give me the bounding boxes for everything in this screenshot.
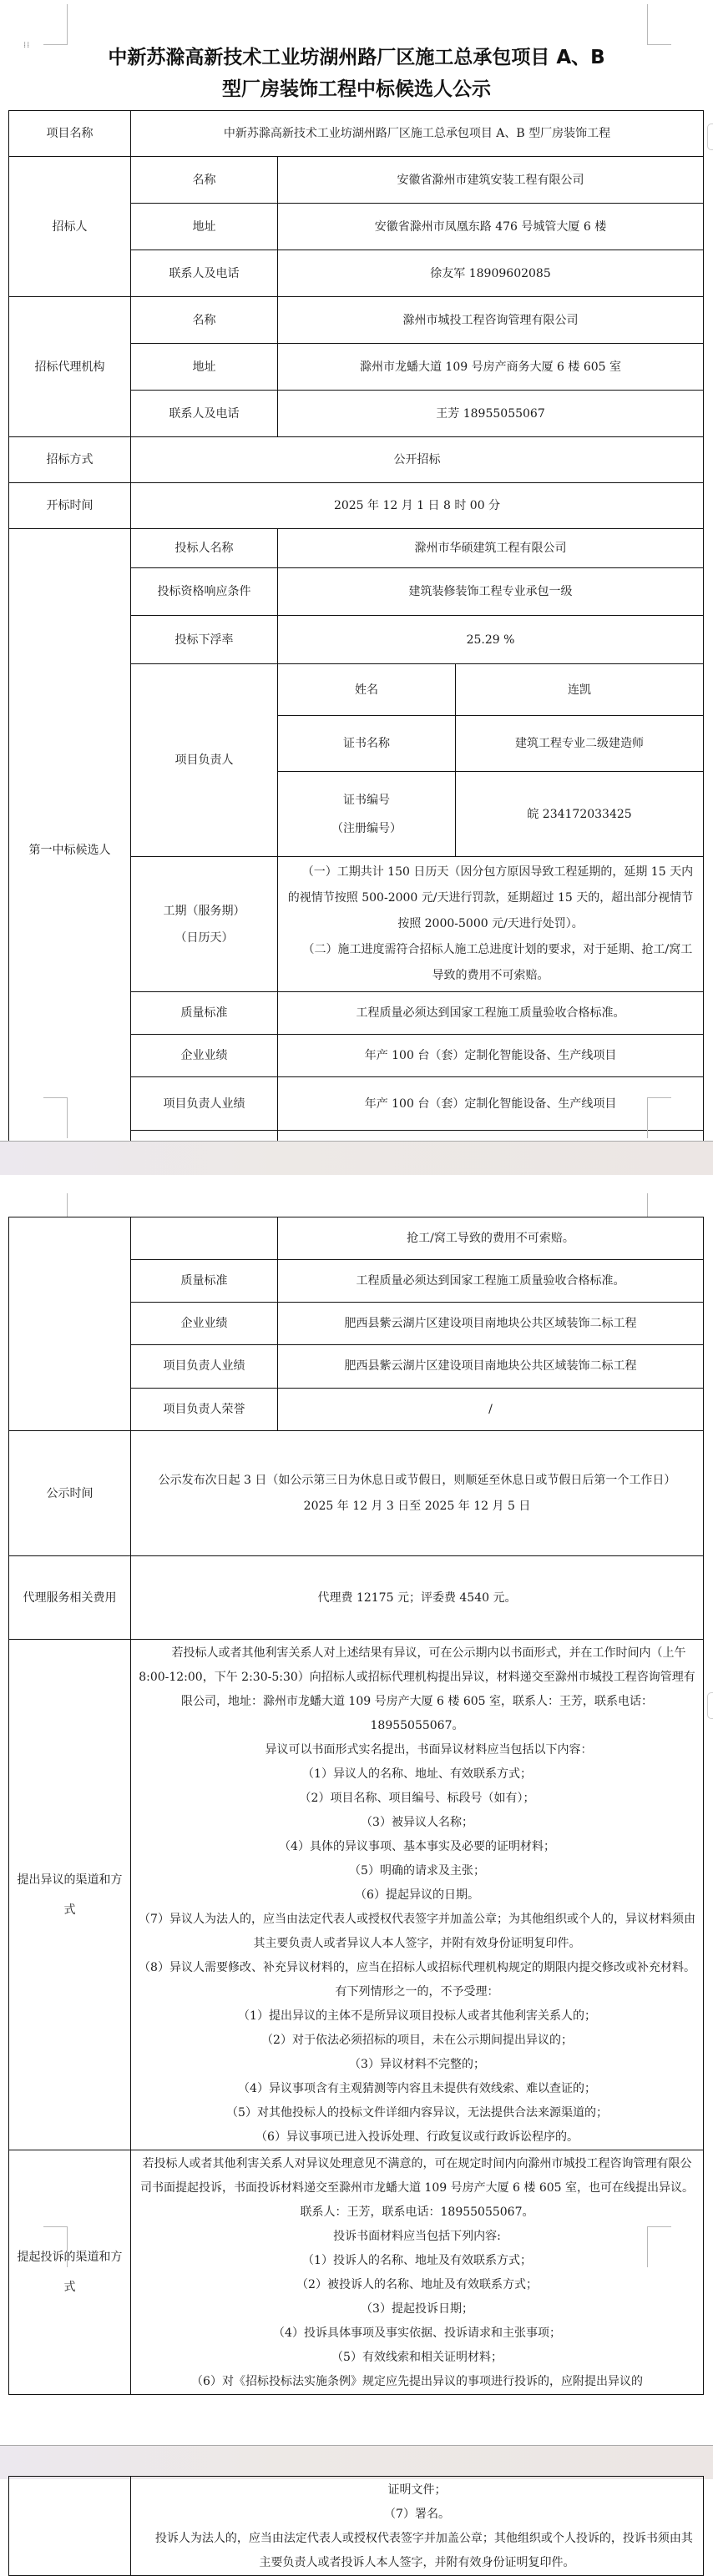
opening-time-value: 2025 年 12 月 1 日 8 时 00 分	[131, 483, 704, 529]
publicity-value: 公示发布次日起 3 日（如公示第三日为休息日或节假日，则顺延至休息日或节假日后第…	[131, 1431, 704, 1556]
side-tab[interactable]	[707, 124, 713, 150]
agency-address-value: 滁州市龙蟠大道 109 号房产商务大厦 6 楼 605 室	[278, 344, 704, 391]
candidate-2-label-continued	[9, 1217, 131, 1431]
page-2: 抢工/窝工导致的费用不可索赔。 质量标准 工程质量必须达到国家工程施工质量验收合…	[0, 1175, 713, 2368]
objection-label: 提出异议的渠道和方式	[9, 1640, 131, 2150]
agency-address-label: 地址	[131, 344, 278, 391]
c2-pm-honor-value: /	[278, 1389, 703, 1430]
complaint-content: 若投标人或者其他利害关系人对异议处理意见不满意的，可在规定时间内向滁州市城投工程…	[131, 2150, 704, 2395]
agency-contact-label: 联系人及电话	[131, 391, 278, 437]
c2-quality-value: 工程质量必须达到国家工程施工质量验收合格标准。	[278, 1260, 704, 1303]
project-name-value: 中新苏滁高新技术工业坊湖州路厂区施工总承包项目 A、B 型厂房装饰工程	[131, 111, 704, 157]
page-break	[0, 1141, 713, 1176]
complaint-content-continued: 证明文件； （7）署名。 投诉人为法人的，应当由法定代表人或授权代表签字并加盖公…	[131, 2477, 704, 2576]
c1-cert-no-label: 证书编号 （注册编号）	[278, 772, 456, 857]
page-break	[0, 2445, 713, 2480]
candidate-1-label: 第一中标候选人	[9, 529, 131, 1172]
c1-qualification-value: 建筑装修装饰工程专业承包一级	[278, 568, 704, 616]
project-name-label: 项目名称	[9, 111, 131, 157]
c1-cert-name-value: 建筑工程专业二级建造师	[456, 716, 704, 772]
method-value: 公开招标	[131, 437, 704, 483]
margin-marker	[647, 1097, 671, 1138]
c1-company-perf-label: 企业业绩	[131, 1035, 278, 1077]
agency-contact-value: 王芳 18955055067	[278, 391, 704, 437]
c1-quality-value: 工程质量必须达到国家工程施工质量验收合格标准。	[278, 992, 704, 1035]
page-title: 中新苏滁高新技术工业坊湖州路厂区施工总承包项目 A、B 型厂房装饰工程中标候选人…	[0, 42, 713, 105]
method-label: 招标方式	[9, 437, 131, 483]
margin-marker	[43, 1193, 68, 1217]
c2-period-label-continued	[131, 1217, 278, 1260]
tenderer-name-label: 名称	[131, 157, 278, 204]
margin-marker	[647, 2226, 671, 2267]
c1-cert-name-label: 证书名称	[278, 716, 456, 772]
objection-content: 若投标人或者其他利害关系人对上述结果有异议，可在公示期内以书面形式，并在工作时间…	[131, 1640, 704, 2150]
tenderer-name-value: 安徽省滁州市建筑安装工程有限公司	[278, 157, 704, 204]
c2-pm-honor-label: 项目负责人荣誉	[131, 1389, 277, 1430]
c2-company-perf-label: 企业业绩	[131, 1303, 278, 1345]
c2-pm-perf-label: 项目负责人业绩 项目负责人荣誉	[131, 1345, 278, 1431]
tenderer-address-label: 地址	[131, 204, 278, 250]
announcement-table-page3: 证明文件； （7）署名。 投诉人为法人的，应当由法定代表人或授权代表签字并加盖公…	[8, 2476, 704, 2576]
agency-name-label: 名称	[131, 297, 278, 344]
margin-marker	[647, 4, 671, 45]
c1-pm-label: 项目负责人	[131, 664, 278, 857]
c1-cert-no-value: 皖 234172033425	[456, 772, 704, 857]
c1-bidder-name-label: 投标人名称	[131, 529, 278, 568]
margin-marker	[647, 1193, 671, 1217]
margin-marker	[43, 1097, 68, 1138]
c1-pm-perf-value: 年产 100 台（套）定制化智能设备、生产线项目	[278, 1077, 704, 1131]
announcement-table-page2: 抢工/窝工导致的费用不可索赔。 质量标准 工程质量必须达到国家工程施工质量验收合…	[8, 1217, 704, 2395]
opening-time-label: 开标时间	[9, 483, 131, 529]
c1-pm-name-label: 姓名	[278, 664, 456, 716]
publicity-label: 公示时间	[9, 1431, 131, 1556]
fees-label: 代理服务相关费用	[9, 1556, 131, 1640]
c1-pm-perf-label: 项目负责人业绩	[131, 1077, 278, 1131]
fees-value: 代理费 12175 元；评委费 4540 元。	[131, 1556, 704, 1640]
c2-company-perf-value: 肥西县紫云湖片区建设项目南地块公共区域装饰二标工程	[278, 1303, 704, 1345]
c2-quality-label: 质量标准	[131, 1260, 278, 1303]
c2-period-value-continued: 抢工/窝工导致的费用不可索赔。	[278, 1217, 704, 1260]
margin-marker	[43, 4, 68, 45]
c1-quality-label: 质量标准	[131, 992, 278, 1035]
tenderer-contact-value: 徐友军 18909602085	[278, 250, 704, 297]
c1-period-label: 工期（服务期） （日历天）	[131, 857, 278, 992]
c1-bidder-name-value: 滁州市华硕建筑工程有限公司	[278, 529, 704, 568]
c1-company-perf-value: 年产 100 台（套）定制化智能设备、生产线项目	[278, 1035, 704, 1077]
c2-pm-perf-value: 肥西县紫云湖片区建设项目南地块公共区域装饰二标工程 /	[278, 1345, 704, 1431]
project-name-row: 项目名称 中新苏滁高新技术工业坊湖州路厂区施工总承包项目 A、B 型厂房装饰工程	[9, 111, 704, 157]
complaint-label-continued	[9, 2477, 131, 2576]
margin-marker	[43, 2226, 68, 2267]
tenderer-contact-label: 联系人及电话	[131, 250, 278, 297]
complaint-label: 提起投诉的渠道和方式	[9, 2150, 131, 2395]
c1-discount-label: 投标下浮率	[131, 616, 278, 664]
page-1: ⁞⁞ 中新苏滁高新技术工业坊湖州路厂区施工总承包项目 A、B 型厂房装饰工程中标…	[0, 0, 713, 1156]
c1-pm-name-value: 连凯	[456, 664, 704, 716]
page-3: 证明文件； （7）署名。 投诉人为法人的，应当由法定代表人或授权代表签字并加盖公…	[0, 2479, 713, 2576]
side-tab[interactable]	[707, 1692, 713, 1719]
c1-period-value: （一）工期共计 150 日历天（因分包方原因导致工程延期的，延期 15 天内的视…	[278, 857, 704, 992]
agency-name-value: 滁州市城投工程咨询管理有限公司	[278, 297, 704, 344]
c1-qualification-label: 投标资格响应条件	[131, 568, 278, 616]
c1-discount-value: 25.29 %	[278, 616, 704, 664]
tenderer-label: 招标人	[9, 157, 131, 297]
tenderer-address-value: 安徽省滁州市凤凰东路 476 号城管大厦 6 楼	[278, 204, 704, 250]
agency-label: 招标代理机构	[9, 297, 131, 437]
